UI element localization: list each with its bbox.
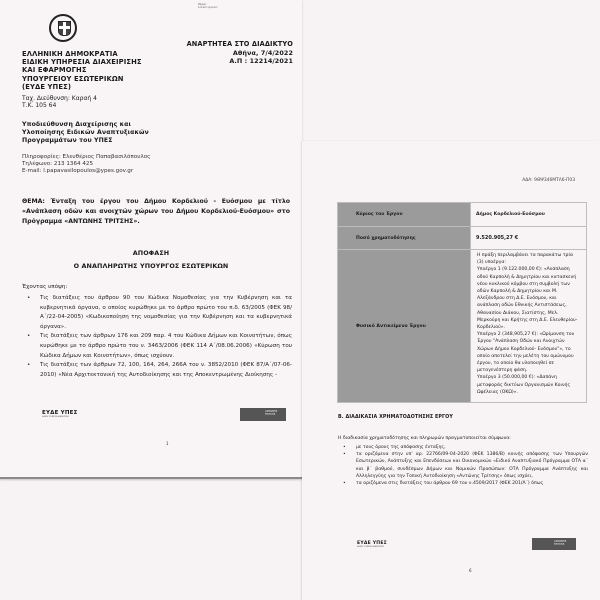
list-item: Τις διατάξεις των άρθρων 72, 100, 164, 2… xyxy=(22,361,292,380)
eyde-logo: ΕΥΔΕ ΥΠΕΣ ΕΙΔΙΚΗ ΥΠΗΡΕΣΙΑ ΔΙΑΧΕΙΡΙΣΗΣ xyxy=(357,541,387,548)
subproject-3: Υποέργο 3 (50.000,00 €): «Δαπάνη μεταφορ… xyxy=(477,374,580,396)
issuer-line: ΕΙΔΙΚΗ ΥΠΗΡΕΣΙΑ ΔΙΑΧΕΙΡΙΣΗΣ xyxy=(22,58,142,66)
table-label: Φυσικό Αντικείμενο Έργου xyxy=(338,250,471,403)
contact-block: Πληροφορίες: Ελευθέριος Παπαβασιλόπουλος… xyxy=(22,154,150,174)
antonis-tritsis-logo: ΑΝΤΩΝΗΣ ΤΡΙΤΣΗΣ xyxy=(532,538,576,550)
address-line: Ταχ. Διεύθυνση: Καραή 4 xyxy=(22,95,97,102)
subproject-1: Υποέργο 1 (9.122.000,00 €): «Ανάπλαση οδ… xyxy=(477,266,580,331)
list-item: τα οριζόμενα στις διατάξεις του άρθρου 6… xyxy=(338,480,588,487)
issuer-line: (ΕΥΔΕ ΥΠΕΣ) xyxy=(22,83,142,91)
table-row: Ποσό χρηματοδότησης 9.520.905,27 € xyxy=(338,227,587,250)
considering-label: Έχοντας υπόψη: xyxy=(22,283,67,293)
decision-subtitle: Ο ΑΝΑΠΛΗΡΩΤΗΣ ΥΠΟΥΡΓΟΣ ΕΣΩΤΕΡΙΚΩΝ xyxy=(0,260,302,273)
greek-coat-of-arms-icon xyxy=(49,14,77,42)
decision-heading: ΑΠΟΦΑΣΗ Ο ΑΝΑΠΛΗΡΩΤΗΣ ΥΠΟΥΡΓΟΣ ΕΣΩΤΕΡΙΚΩ… xyxy=(0,247,302,273)
list-item: Τις διατάξεις του άρθρου 90 του Κώδικα Ν… xyxy=(22,294,292,332)
table-label: Κύριος του Έργου xyxy=(338,203,471,227)
subject-line: ΘΕΜΑ: Ένταξη του έργου του Δήμου Κορδελι… xyxy=(22,197,290,227)
logo-subtext: ΕΙΔΙΚΗ ΥΠΗΡΕΣΙΑ ΔΙΑΧΕΙΡΙΣΗΣ xyxy=(42,416,78,418)
issuer-line: ΥΠΟΥΡΓΕΙΟΥ ΕΣΩΤΕΡΙΚΩΝ xyxy=(22,75,142,83)
department-block: Υποδιεύθυνση Διαχείρισης και Υλοποίησης … xyxy=(22,121,149,145)
contact-email[interactable]: E-mail: l.papavasilopoulos@ypes.gov.gr xyxy=(22,168,150,175)
stamp-line: Lorem ipsum xyxy=(198,6,217,9)
protocol-number: Α.Π : 12214/2021 xyxy=(229,57,293,65)
issuer-block: ΕΛΛΗΝΙΚΗ ΔΗΜΟΚΡΑΤΙΑ ΕΙΔΙΚΗ ΥΠΗΡΕΣΙΑ ΔΙΑΧ… xyxy=(22,50,142,91)
date-protocol: Αθήνα, 7/4/2022 Α.Π : 12214/2021 xyxy=(229,49,293,65)
considering-list: Τις διατάξεις του άρθρου 90 του Κώδικα Ν… xyxy=(22,294,292,380)
logo-subtext: ΕΙΔΙΚΗ ΥΠΗΡΕΣΙΑ ΔΙΑΧΕΙΡΙΣΗΣ xyxy=(357,546,387,548)
subproject-2: Υποέργο 2 (348,905,27 €): «Ωρίμανση του … xyxy=(477,331,580,374)
antonis-tritsis-logo: ΑΝΤΩΝΗΣ ΤΡΙΤΣΗΣ xyxy=(240,408,286,421)
section-intro: Η διαδικασία χρηματοδότησης και πληρωμών… xyxy=(338,435,511,442)
ada-code: ΑΔΑ: 9ΘΨ346ΜΤΛ6-Π03 xyxy=(522,178,575,183)
table-row: Φυσικό Αντικείμενο Έργου Η πράξη περιλαμ… xyxy=(338,250,587,403)
page-number: 6 xyxy=(469,568,472,573)
department-line: Υποδιεύθυνση Διαχείρισης και xyxy=(22,121,149,129)
list-item: με τους όρους της απόφασης ένταξης, xyxy=(338,444,588,451)
issuer-line: ΚΑΙ ΕΦΑΡΜΟΓΗΣ xyxy=(22,66,142,74)
issuer-line: ΕΛΛΗΝΙΚΗ ΔΗΜΟΚΡΑΤΙΑ xyxy=(22,50,142,58)
table-row: Κύριος του Έργου Δήμος Κορδελιού-Ευόσμου xyxy=(338,203,587,227)
department-line: Προγραμμάτων του ΥΠΕΣ xyxy=(22,137,149,145)
table-value: Δήμος Κορδελιού-Ευόσμου xyxy=(471,203,587,227)
financing-list: με τους όρους της απόφασης ένταξης, τα ο… xyxy=(338,444,588,487)
table-value: 9.520.905,27 € xyxy=(471,227,587,250)
project-info-table: Κύριος του Έργου Δήμος Κορδελιού-Ευόσμου… xyxy=(337,202,587,403)
section-title: Β. ΔΙΑΔΙΚΑΣΙΑ ΧΡΗΜΑΤΟΔΟΤΗΣΗΣ ΕΡΓΟΥ xyxy=(338,414,453,422)
publish-notice: ΑΝΑΡΤΗΤΕΑ ΣΤΟ ΔΙΑΔΙΚΤΥΟ xyxy=(187,40,293,48)
paper-stamp: Paper Lorem ipsum xyxy=(198,3,217,9)
contact-person: Πληροφορίες: Ελευθέριος Παπαβασιλόπουλος xyxy=(22,154,150,161)
contact-phone: Τηλέφωνο: 213 1364 425 xyxy=(22,161,150,168)
table-label: Ποσό χρηματοδότησης xyxy=(338,227,471,250)
address-line: Τ.Κ. 105 64 xyxy=(22,102,97,109)
decision-title: ΑΠΟΦΑΣΗ xyxy=(0,247,302,260)
list-item: τα οριζόμενα στην υπ' αρ. 22766/09-04-20… xyxy=(338,451,588,480)
document-page-6: ΑΔΑ: 9ΘΨ346ΜΤΛ6-Π03 Κύριος του Έργου Δήμ… xyxy=(302,141,600,600)
document-page-1: Paper Lorem ipsum ΑΝΑΡΤΗΤΕΑ ΣΤΟ ΔΙΑΔΙΚΤΥ… xyxy=(0,0,302,479)
document-date: Αθήνα, 7/4/2022 xyxy=(229,49,293,57)
subproject-intro: Η πράξη περιλαμβάνει τα παρακάτω τρία (3… xyxy=(477,252,580,266)
eyde-logo: ΕΥΔΕ ΥΠΕΣ ΕΙΔΙΚΗ ΥΠΗΡΕΣΙΑ ΔΙΑΧΕΙΡΙΣΗΣ xyxy=(42,410,78,418)
page-number: 1 xyxy=(166,441,169,446)
address-block: Ταχ. Διεύθυνση: Καραή 4 Τ.Κ. 105 64 xyxy=(22,95,97,110)
list-item: Τις διατάξεις των άρθρων 176 και 209 παρ… xyxy=(22,332,292,361)
department-line: Υλοποίησης Ειδικών Αναπτυξιακών xyxy=(22,129,149,137)
table-value: Η πράξη περιλαμβάνει τα παρακάτω τρία (3… xyxy=(471,250,587,403)
